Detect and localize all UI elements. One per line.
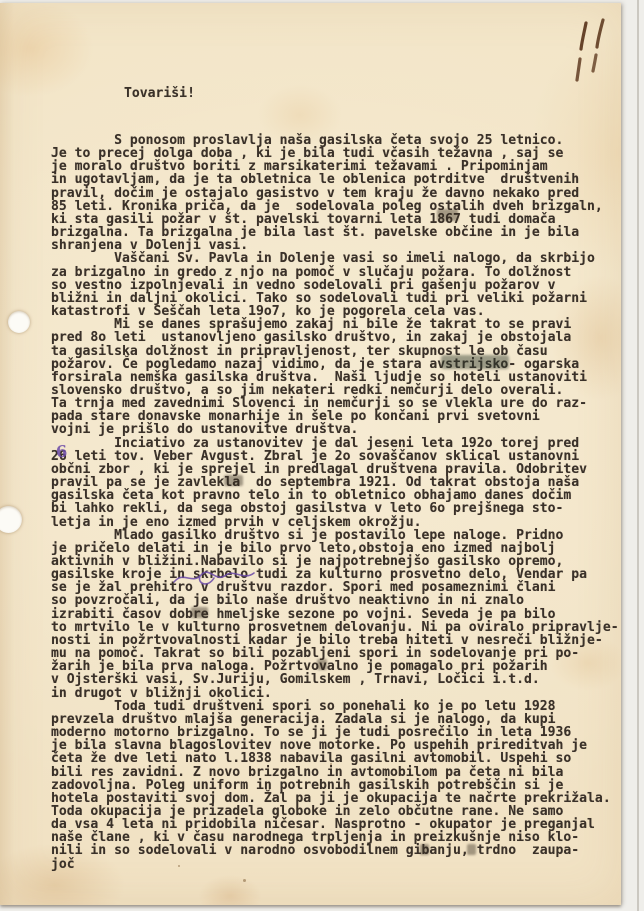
handwritten-correction-digit: 6 xyxy=(55,444,67,461)
document-line: izrabiti časov dobre hmeljske sezone po … xyxy=(51,608,619,621)
paper-speck xyxy=(330,763,332,765)
ink-smudge xyxy=(441,355,509,369)
overstrike-mark xyxy=(224,475,243,486)
document-line: Inciativo za ustanovitev je dal jeseni l… xyxy=(51,437,619,450)
punch-hole xyxy=(0,506,22,533)
document-line: to mrtvilo le v kulturno prosvetnem delo… xyxy=(51,621,619,634)
document-line: vojni je prišlo do ustanovitve društva. xyxy=(51,423,619,436)
overstrike-mark xyxy=(420,844,429,855)
document-line: v Ojsterški vasi, Sv.Juriju, Gomilskem ,… xyxy=(51,673,619,686)
document-line: 26 leti tov. Veber Avgust. Zbral je 2o s… xyxy=(51,450,619,463)
document-line: bi lahko rekli, da sega obstoj gasilstva… xyxy=(51,502,619,515)
document-line: pred 8o leti ustanovljeno gasilsko društ… xyxy=(51,331,619,344)
document-line: forsirala nemška gasilska društva. Naši … xyxy=(51,371,619,384)
document-line: so povzročali, da je bilo naše društvo n… xyxy=(51,594,619,607)
document-body: S ponosom proslavlja naša gasilska četa … xyxy=(51,134,619,871)
scan-edge-line xyxy=(637,0,639,911)
document-line: joč xyxy=(51,858,619,871)
document-line: Toda tudi društveni spori so ponehali ko… xyxy=(51,700,619,713)
document-title: Tovariši! xyxy=(124,87,195,101)
document-line: četa že dve leti nato l.1838 nabavila ga… xyxy=(51,752,619,765)
overstrike-mark xyxy=(191,607,208,618)
paper-sheet: Tovariši! S ponosom proslavlja naša gasi… xyxy=(0,3,621,905)
punch-hole xyxy=(8,311,30,333)
document-line: Vaščani Sv. Pavla in Dolenje vasi so ime… xyxy=(51,252,619,265)
handwritten-correction-scribble xyxy=(170,567,258,591)
document-line: bili res zavidni. Z novo brizgalno in av… xyxy=(51,766,619,779)
document-line: požarov. Če pogledamo nazaj vidimo, da j… xyxy=(51,358,619,371)
paper-speck xyxy=(178,865,180,867)
document-line: letja in je eno izmed prvih v celjskem o… xyxy=(51,516,619,529)
paper-speck xyxy=(565,253,568,255)
document-line: hotela postaviti svoj dom. Žal pa ji je … xyxy=(51,792,619,805)
document-line: za brizgalno in gredo z njo na pomoč v s… xyxy=(51,266,619,279)
overstrike-mark xyxy=(467,844,476,855)
document-line: zadovoljna. Poleg uniform in potrebnih g… xyxy=(51,779,619,792)
document-line: nili in so sodelovali v narodno osvobodi… xyxy=(51,844,619,857)
document-line: pravil, dočim je ostajalo gasistvo v tem… xyxy=(51,187,619,200)
handwritten-page-number xyxy=(556,11,626,91)
overstrike-mark xyxy=(317,659,327,670)
document-line: so vestno izpolnjevali in vedno sodelova… xyxy=(51,279,619,292)
document-line: 85 leti. Kronika priča, da je sodelovala… xyxy=(51,200,619,213)
scanned-page: Tovariši! S ponosom proslavlja naša gasi… xyxy=(0,0,644,911)
document-line: Mlado gasilko društvo si je postavilo le… xyxy=(51,529,619,542)
document-line: in ugotavljam, da je ta obletnica le obl… xyxy=(51,173,619,186)
document-line: ta gasilska dolžnost in pripravljenost, … xyxy=(51,345,619,358)
paper-speck xyxy=(243,879,246,882)
document-line: in drugot v bližnji okolici. xyxy=(51,687,619,700)
overstrike-mark-year xyxy=(437,209,458,221)
